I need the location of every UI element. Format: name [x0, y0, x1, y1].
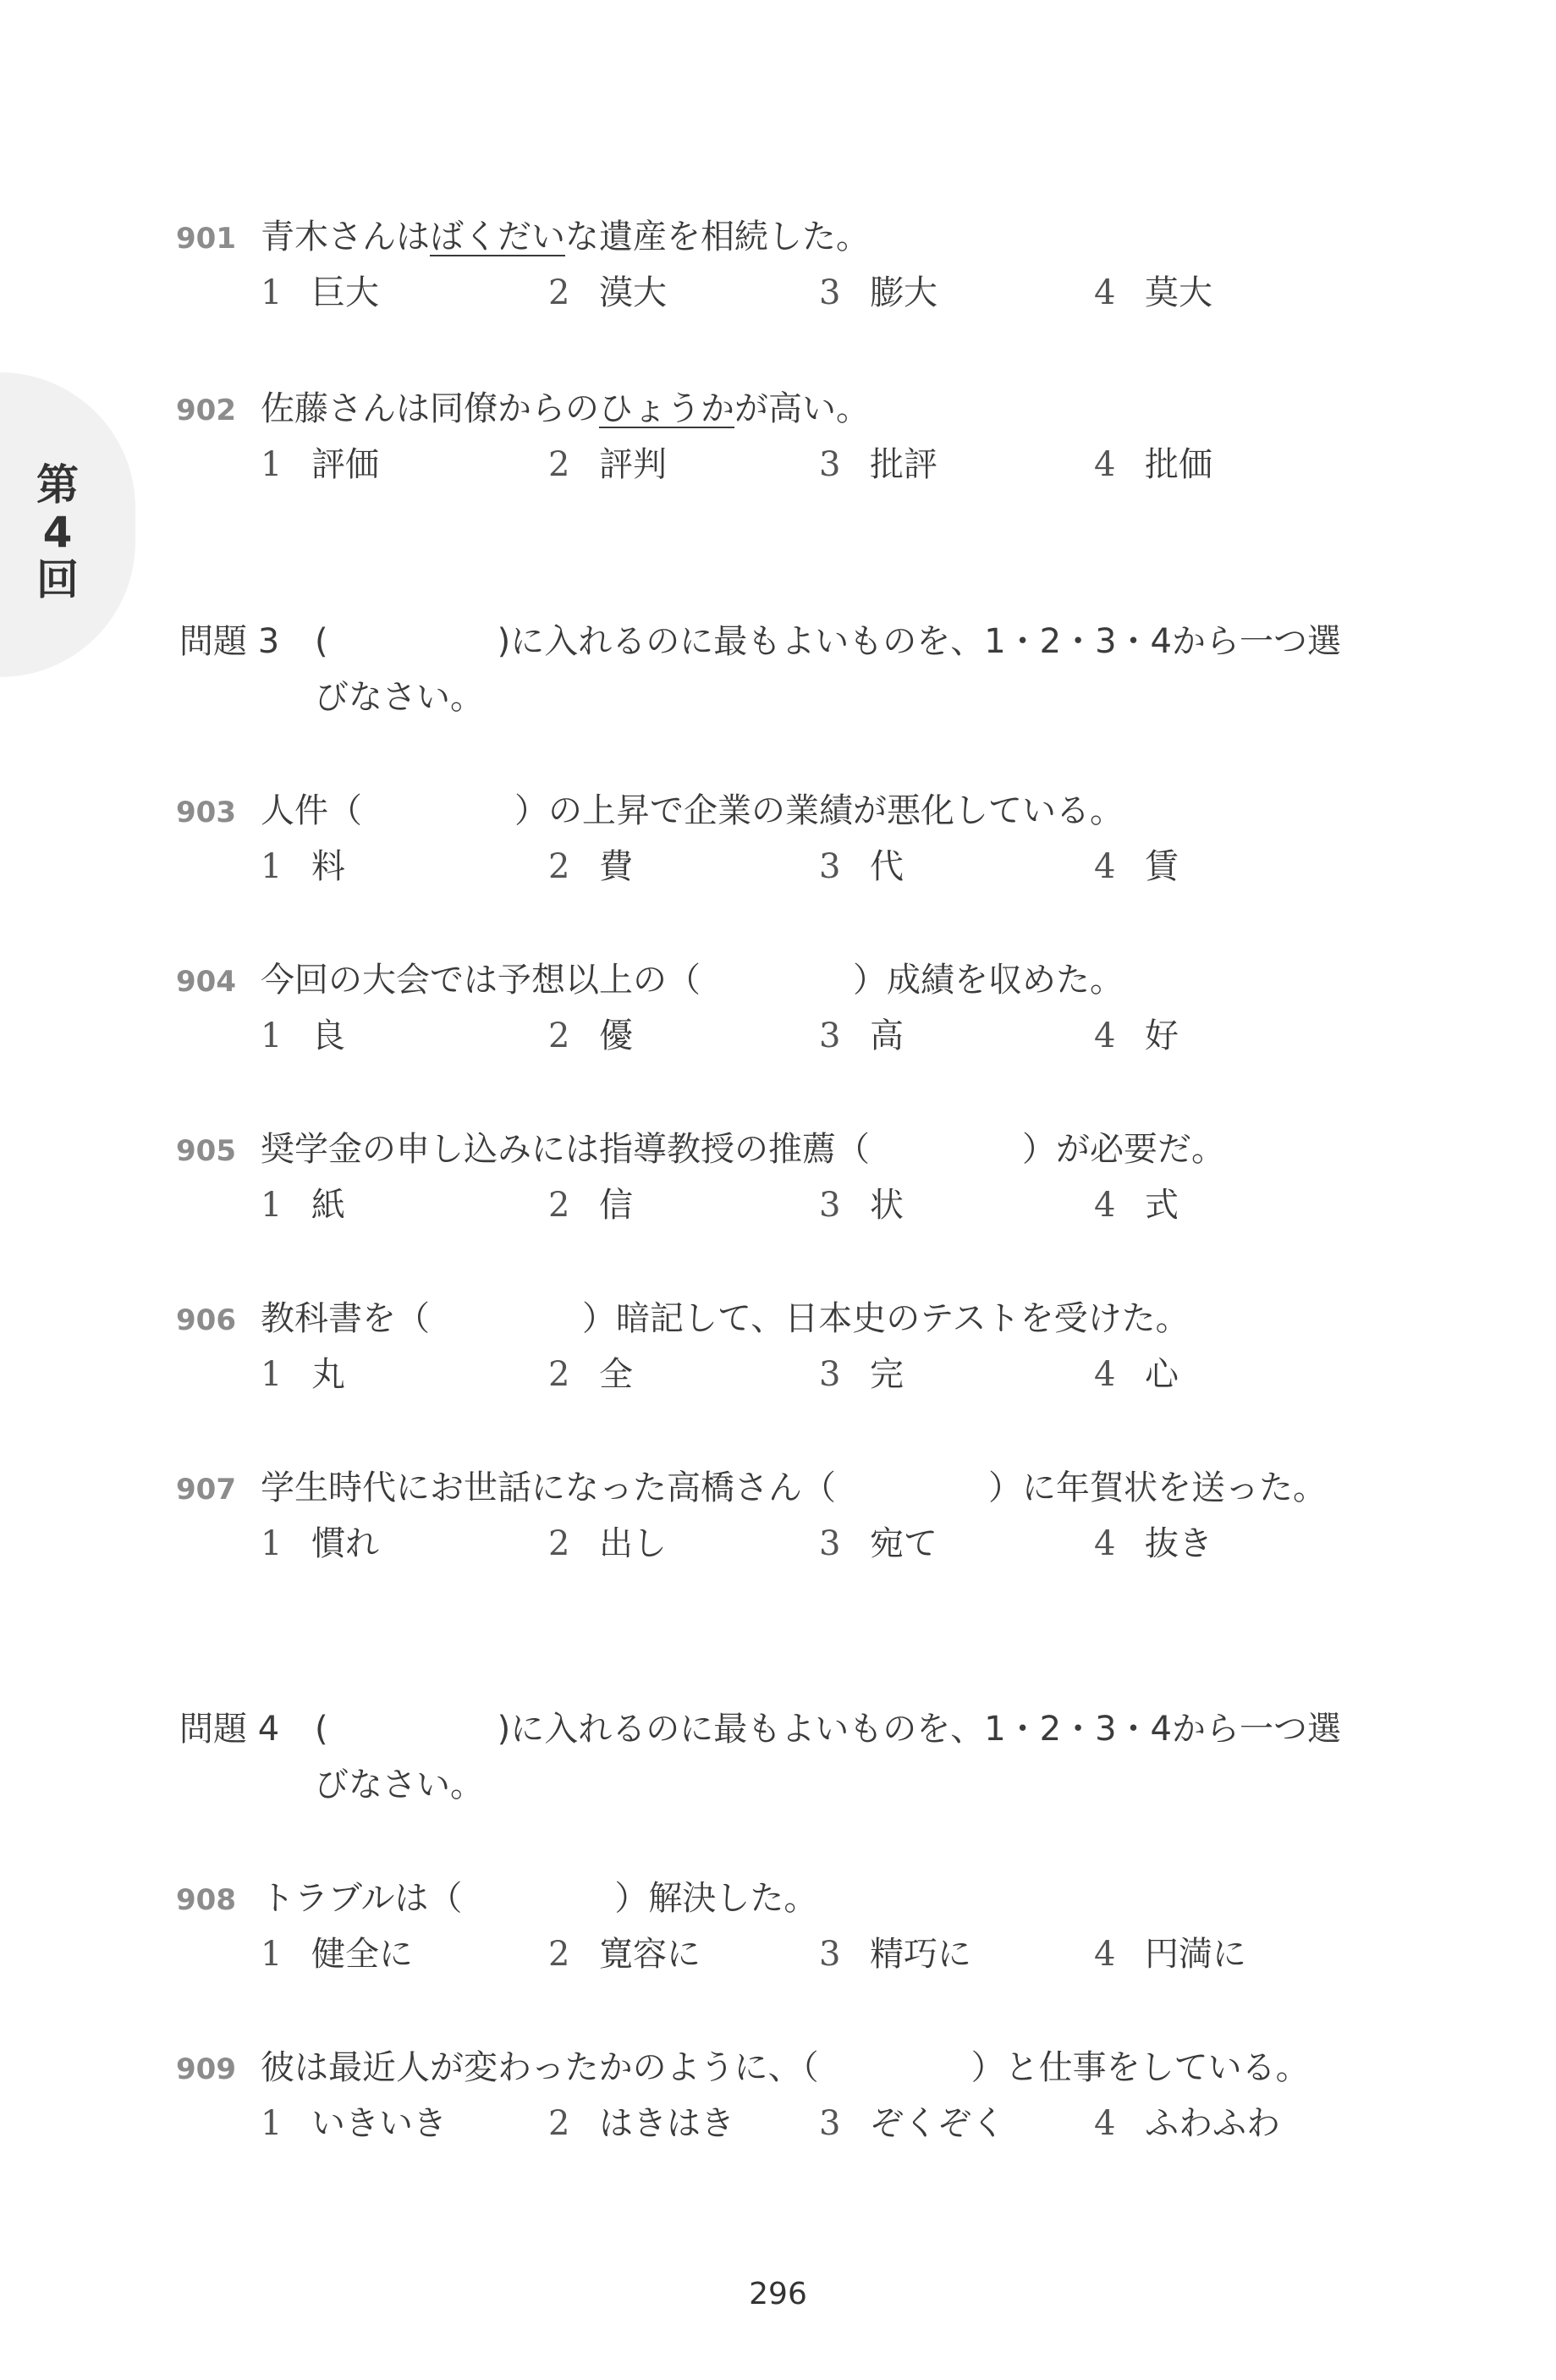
section-4-instructions: 問題 4()に入れるのに最もよいものを、1・2・3・4から一つ選 びなさい。 — [179, 1701, 1482, 1813]
choice-list: 1良 2優 3高 4好 — [176, 1012, 1496, 1063]
choice-text: 式 — [1145, 1186, 1179, 1225]
choice-1[interactable]: 1健全に — [261, 1931, 413, 1978]
choice-text: ふわふわ — [1145, 2104, 1280, 2143]
choice-text: 莫大 — [1145, 273, 1212, 312]
choice-number: 1 — [261, 1182, 311, 1229]
section-title: 問題 4 — [179, 1701, 315, 1757]
question-stem: 907学生時代にお世話になった高橋さん（）に年賀状を送った。 — [176, 1464, 1496, 1513]
question-901: 901青木さんはばくだいな遺産を相続した。 1巨大 2漠大 3膨大 4莫大 — [176, 213, 1496, 320]
question-905: 905奨学金の申し込みには指導教授の推薦（）が必要だ。 1紙 2信 3状 4式 — [176, 1126, 1496, 1232]
choice-text: 信 — [599, 1186, 633, 1225]
choice-number: 1 — [261, 1931, 311, 1978]
underlined-word: ばくだい — [430, 218, 565, 256]
choice-text: 費 — [599, 847, 633, 886]
choice-text: 批評 — [870, 445, 937, 484]
choice-text: はきはき — [599, 2104, 734, 2143]
chapter-char: 第 — [32, 461, 83, 509]
choice-number: 1 — [261, 269, 311, 317]
stem-text: 教科書を（ — [261, 1299, 430, 1338]
choice-2[interactable]: 2費 — [548, 843, 633, 890]
choice-number: 2 — [548, 1931, 599, 1978]
choice-text: 完 — [870, 1355, 904, 1394]
choice-number: 1 — [261, 843, 311, 890]
choice-text: 慣れ — [311, 1524, 379, 1563]
choice-2[interactable]: 2漠大 — [548, 269, 667, 317]
choice-number: 1 — [261, 1351, 311, 1398]
instruction-text-line2: びなさい。 — [179, 669, 1482, 725]
choice-number: 3 — [819, 1931, 870, 1978]
choice-number: 2 — [548, 269, 599, 317]
choice-text: 料 — [311, 847, 345, 886]
choice-number: 4 — [1094, 1182, 1145, 1229]
choice-number: 1 — [261, 441, 311, 488]
question-902: 902佐藤さんは同僚からのひょうかが高い。 1評価 2評判 3批評 4批価 — [176, 385, 1496, 492]
choice-number: 1 — [261, 1520, 311, 1567]
choice-number: 2 — [548, 1520, 599, 1567]
stem-text: ）に年賀状を送った。 — [988, 1468, 1327, 1507]
choice-text: 好 — [1145, 1016, 1179, 1055]
paren-open: ( — [315, 1710, 328, 1749]
choice-3[interactable]: 3高 — [819, 1012, 904, 1060]
question-stem: 903人件（）の上昇で企業の業績が悪化している。 — [176, 787, 1496, 836]
choice-text: 円満に — [1145, 1935, 1246, 1974]
question-906: 906教科書を（）暗記して、日本史のテストを受けた。 1丸 2全 3完 4心 — [176, 1295, 1496, 1402]
choice-3[interactable]: 3膨大 — [819, 269, 937, 317]
question-908: 908トラブルは（）解決した。 1健全に 2寛容に 3精巧に 4円満に — [176, 1875, 1496, 1981]
choice-2[interactable]: 2信 — [548, 1182, 633, 1229]
question-number: 905 — [176, 1127, 261, 1175]
stem-text: 佐藤さんは同僚からの — [261, 389, 599, 428]
choice-4[interactable]: 4批価 — [1094, 441, 1212, 488]
choice-1[interactable]: 1丸 — [261, 1351, 345, 1398]
paren-open: ( — [315, 622, 328, 661]
choice-number: 3 — [819, 843, 870, 890]
choice-text: 膨大 — [870, 273, 937, 312]
question-stem: 908トラブルは（）解決した。 — [176, 1875, 1496, 1924]
choice-3[interactable]: 3状 — [819, 1182, 904, 1229]
choice-text: 良 — [311, 1016, 345, 1055]
choice-1[interactable]: 1いきいき — [261, 2100, 447, 2147]
choice-3[interactable]: 3ぞくぞく — [819, 2100, 1005, 2147]
choice-list: 1評価 2評判 3批評 4批価 — [176, 441, 1496, 492]
choice-text: 代 — [870, 847, 904, 886]
choice-list: 1紙 2信 3状 4式 — [176, 1182, 1496, 1232]
choice-number: 4 — [1094, 843, 1145, 890]
choice-2[interactable]: 2優 — [548, 1012, 633, 1060]
choice-number: 4 — [1094, 441, 1145, 488]
question-number: 908 — [176, 1876, 261, 1924]
choice-number: 3 — [819, 1520, 870, 1567]
choice-3[interactable]: 3代 — [819, 843, 904, 890]
question-number: 906 — [176, 1297, 261, 1344]
choice-number: 4 — [1094, 1520, 1145, 1567]
choice-2[interactable]: 2評判 — [548, 441, 667, 488]
choice-text: 健全に — [311, 1935, 413, 1974]
choice-list: 1いきいき 2はきはき 3ぞくぞく 4ふわふわ — [176, 2100, 1496, 2151]
question-number: 907 — [176, 1466, 261, 1513]
choice-1[interactable]: 1良 — [261, 1012, 345, 1060]
choice-text: 評価 — [311, 445, 379, 484]
choice-text: 状 — [870, 1186, 904, 1225]
choice-number: 2 — [548, 441, 599, 488]
choice-text: 全 — [599, 1355, 633, 1394]
choice-4[interactable]: 4ふわふわ — [1094, 2100, 1280, 2147]
question-number: 902 — [176, 387, 261, 434]
choice-text: ぞくぞく — [870, 2104, 1005, 2143]
choice-number: 4 — [1094, 1012, 1145, 1060]
question-number: 904 — [176, 958, 261, 1005]
choice-2[interactable]: 2寛容に — [548, 1931, 701, 1978]
choice-text: 優 — [599, 1016, 633, 1055]
choice-3[interactable]: 3批評 — [819, 441, 937, 488]
choice-text: 批価 — [1145, 445, 1212, 484]
chapter-char: 回 — [32, 556, 83, 603]
choice-text: 精巧に — [870, 1935, 971, 1974]
stem-text: ）解決した。 — [614, 1879, 817, 1918]
choice-4[interactable]: 4式 — [1094, 1182, 1179, 1229]
stem-text: ）の上昇で企業の業績が悪化している。 — [514, 791, 1124, 830]
stem-text: トラブルは（ — [261, 1879, 462, 1918]
stem-text: 人件（ — [261, 791, 362, 830]
question-number: 901 — [176, 215, 261, 262]
choice-number: 2 — [548, 843, 599, 890]
stem-text: 彼は最近人が変わったかのように、（ — [261, 2048, 819, 2087]
question-number: 903 — [176, 789, 261, 836]
choice-2[interactable]: 2出し — [548, 1520, 667, 1567]
stem-text: ）成績を収めた。 — [853, 961, 1124, 1000]
stem-text: な遺産を相続した。 — [565, 218, 870, 256]
choice-number: 1 — [261, 1012, 311, 1060]
choice-4[interactable]: 4莫大 — [1094, 269, 1212, 317]
choice-number: 3 — [819, 269, 870, 317]
choice-2[interactable]: 2全 — [548, 1351, 633, 1398]
choice-text: 賃 — [1145, 847, 1179, 886]
stem-text: が高い。 — [734, 389, 870, 428]
stem-text: 青木さんは — [261, 218, 430, 256]
choice-list: 1丸 2全 3完 4心 — [176, 1351, 1496, 1402]
question-907: 907学生時代にお世話になった高橋さん（）に年賀状を送った。 1慣れ 2出し 3… — [176, 1464, 1496, 1571]
choice-number: 2 — [548, 1182, 599, 1229]
choice-1[interactable]: 1料 — [261, 843, 345, 890]
choice-3[interactable]: 3宛て — [819, 1520, 937, 1567]
choice-list: 1慣れ 2出し 3宛て 4抜き — [176, 1520, 1496, 1571]
choice-1[interactable]: 1評価 — [261, 441, 379, 488]
choice-number: 1 — [261, 2100, 311, 2147]
choice-number: 3 — [819, 441, 870, 488]
question-stem: 906教科書を（）暗記して、日本史のテストを受けた。 — [176, 1295, 1496, 1344]
choice-1[interactable]: 1慣れ — [261, 1520, 379, 1567]
question-stem: 901青木さんはばくだいな遺産を相続した。 — [176, 213, 1496, 262]
choice-text: 漠大 — [599, 273, 667, 312]
question-stem: 909彼は最近人が変わったかのように、（）と仕事をしている。 — [176, 2044, 1496, 2093]
stem-text: 奨学金の申し込みには指導教授の推薦（ — [261, 1130, 870, 1169]
stem-text: 今回の大会では予想以上の（ — [261, 961, 701, 1000]
instruction-text-line2: びなさい。 — [179, 1757, 1482, 1813]
choice-number: 4 — [1094, 1931, 1145, 1978]
choice-3[interactable]: 3完 — [819, 1351, 904, 1398]
choice-3[interactable]: 3精巧に — [819, 1931, 971, 1978]
choice-number: 4 — [1094, 2100, 1145, 2147]
choice-text: 巨大 — [311, 273, 379, 312]
question-904: 904今回の大会では予想以上の（）成績を収めた。 1良 2優 3高 4好 — [176, 956, 1496, 1063]
choice-number: 3 — [819, 2100, 870, 2147]
choice-number: 2 — [548, 1351, 599, 1398]
choice-list: 1料 2費 3代 4賃 — [176, 843, 1496, 894]
choice-1[interactable]: 1巨大 — [261, 269, 379, 317]
choice-number: 4 — [1094, 1351, 1145, 1398]
question-stem: 902佐藤さんは同僚からのひょうかが高い。 — [176, 385, 1496, 434]
choice-number: 2 — [548, 1012, 599, 1060]
instruction-text: )に入れるのに最もよいものを、1・2・3・4から一つ選 — [498, 1710, 1341, 1749]
choice-number: 2 — [548, 2100, 599, 2147]
stem-text: 学生時代にお世話になった高橋さん（ — [261, 1468, 836, 1507]
section-3-instructions: 問題 3()に入れるのに最もよいものを、1・2・3・4から一つ選 びなさい。 — [179, 614, 1482, 725]
question-909: 909彼は最近人が変わったかのように、（）と仕事をしている。 1いきいき 2はき… — [176, 2044, 1496, 2151]
choice-number: 3 — [819, 1351, 870, 1398]
choice-text: 寛容に — [599, 1935, 701, 1974]
choice-text: 出し — [599, 1524, 667, 1563]
choice-text: 評判 — [599, 445, 667, 484]
choice-text: 抜き — [1145, 1524, 1212, 1563]
stem-text: ）が必要だ。 — [1022, 1130, 1225, 1169]
choice-4[interactable]: 4抜き — [1094, 1520, 1212, 1567]
chapter-char: 4 — [32, 509, 83, 556]
stem-text: ）暗記して、日本史のテストを受けた。 — [582, 1299, 1190, 1338]
choice-text: 心 — [1145, 1355, 1179, 1394]
chapter-label: 第 4 回 — [32, 461, 83, 603]
choice-list: 1健全に 2寛容に 3精巧に 4円満に — [176, 1931, 1496, 1981]
choice-text: 宛て — [870, 1524, 937, 1563]
choice-list: 1巨大 2漠大 3膨大 4莫大 — [176, 269, 1496, 320]
choice-number: 4 — [1094, 269, 1145, 317]
choice-2[interactable]: 2はきはき — [548, 2100, 734, 2147]
choice-text: いきいき — [311, 2104, 447, 2143]
section-title: 問題 3 — [179, 614, 315, 669]
choice-text: 高 — [870, 1016, 904, 1055]
choice-number: 3 — [819, 1182, 870, 1229]
choice-number: 3 — [819, 1012, 870, 1060]
choice-4[interactable]: 4好 — [1094, 1012, 1179, 1060]
question-903: 903人件（）の上昇で企業の業績が悪化している。 1料 2費 3代 4賃 — [176, 787, 1496, 894]
choice-text: 丸 — [311, 1355, 345, 1394]
question-number: 909 — [176, 2046, 261, 2093]
question-stem: 905奨学金の申し込みには指導教授の推薦（）が必要だ。 — [176, 1126, 1496, 1175]
stem-text: ）と仕事をしている。 — [971, 2048, 1310, 2087]
choice-4[interactable]: 4円満に — [1094, 1931, 1246, 1978]
choice-text: 紙 — [311, 1186, 345, 1225]
choice-4[interactable]: 4賃 — [1094, 843, 1179, 890]
choice-4[interactable]: 4心 — [1094, 1351, 1179, 1398]
underlined-word: ひょうか — [599, 389, 734, 428]
question-stem: 904今回の大会では予想以上の（）成績を収めた。 — [176, 956, 1496, 1005]
instruction-text: )に入れるのに最もよいものを、1・2・3・4から一つ選 — [498, 622, 1341, 661]
page-number: 296 — [0, 2277, 1556, 2311]
choice-1[interactable]: 1紙 — [261, 1182, 345, 1229]
